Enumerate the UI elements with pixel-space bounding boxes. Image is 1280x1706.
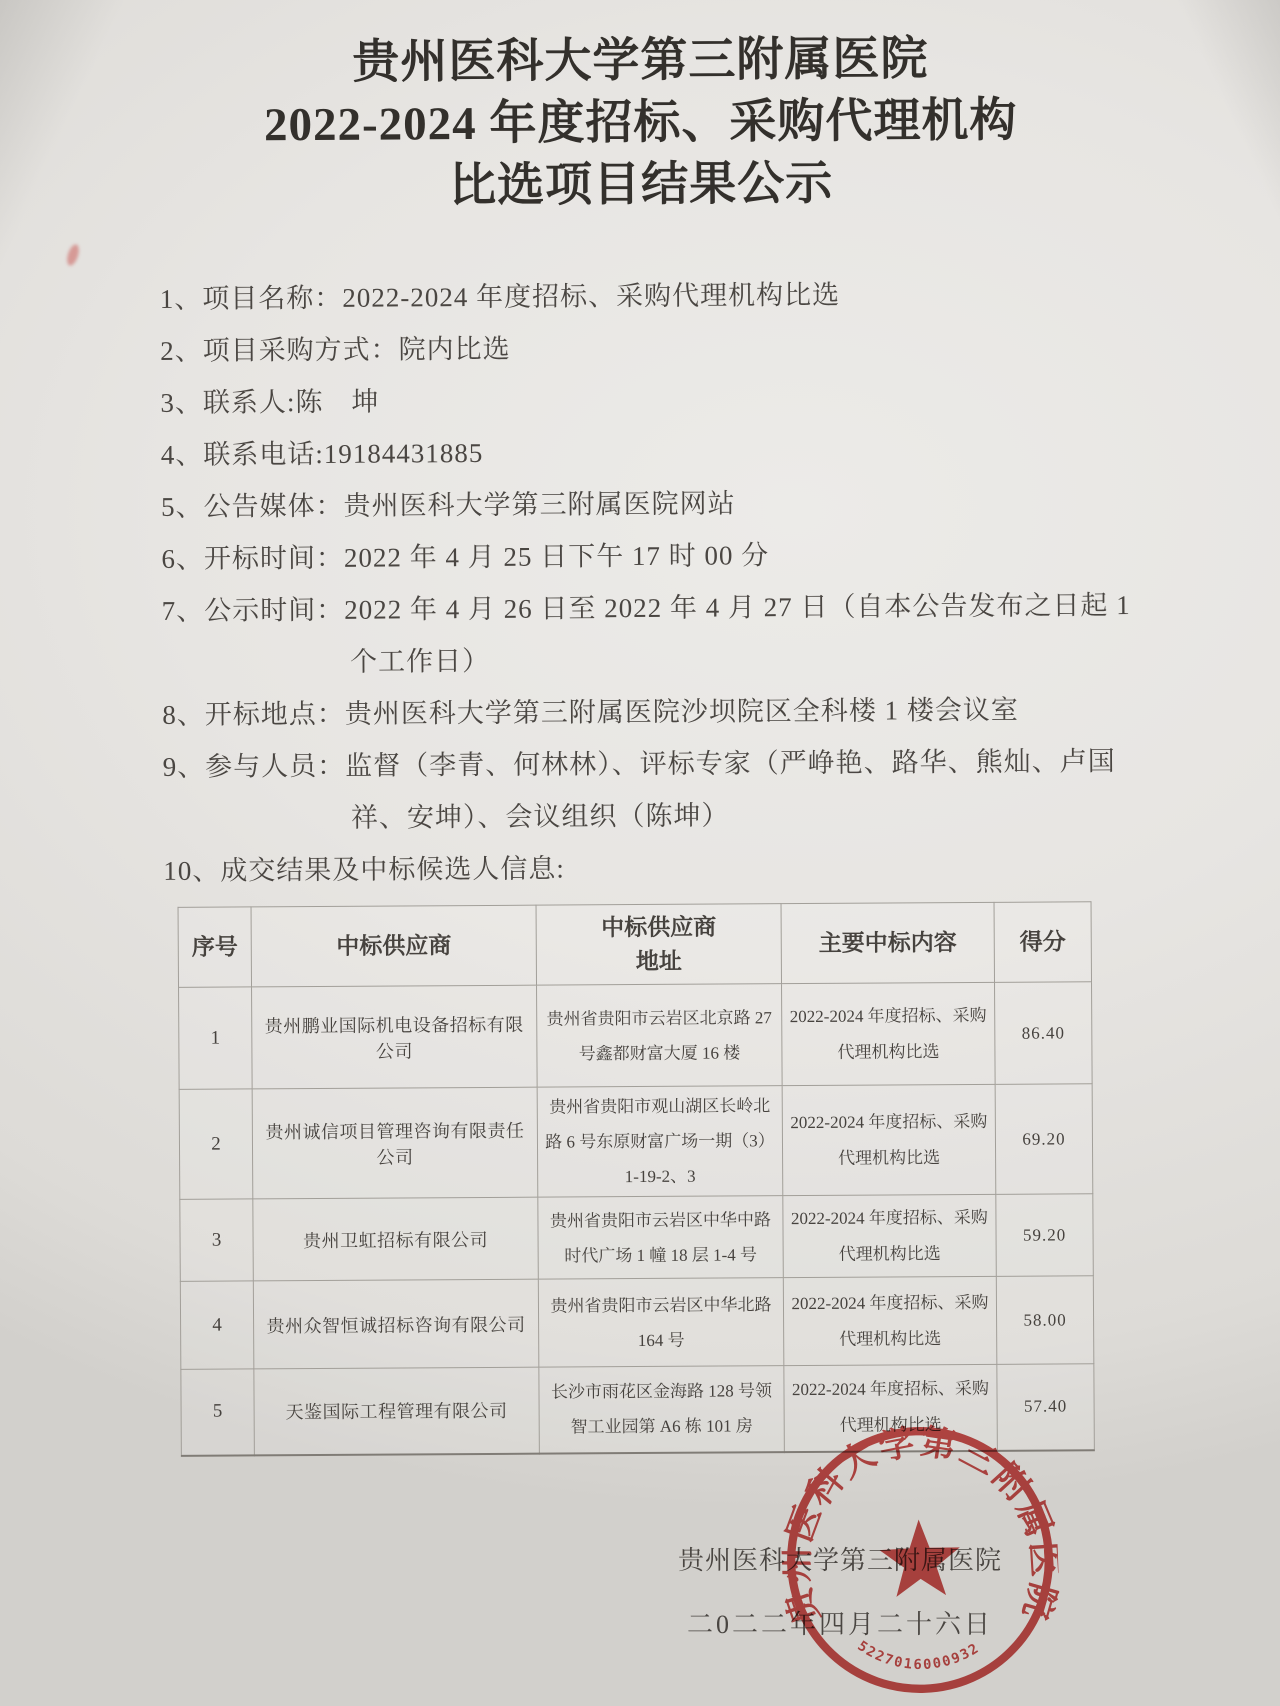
cell-content: 2022-2024 年度招标、采购代理机构比选 (782, 982, 996, 1085)
table-row: 3 贵州卫虹招标有限公司 贵州省贵阳市云岩区中华中路时代广场 1 幢 18 层 … (180, 1194, 1093, 1282)
cell-address: 贵州省贵阳市云岩区中华北路 164 号 (538, 1278, 784, 1367)
item-contact-person: 3、联系人:陈 坤 (160, 370, 1280, 429)
cell-supplier: 天鉴国际工程管理有限公司 (254, 1367, 540, 1455)
cell-score: 58.00 (996, 1276, 1094, 1365)
table-header-row: 序号 中标供应商 中标供应商 地址 主要中标内容 得分 (178, 902, 1091, 988)
col-header-content: 主要中标内容 (781, 902, 994, 983)
col-header-address-line1: 中标供应商 (541, 910, 777, 945)
document-content: 贵州医科大学第三附属医院 2022-2024 年度招标、采购代理机构 比选项目结… (0, 0, 1280, 1457)
announcement-items: 1、项目名称：2022-2024 年度招标、采购代理机构比选 2、项目采购方式：… (160, 266, 1280, 897)
seal-star-icon (878, 1518, 961, 1597)
col-header-score: 得分 (994, 902, 1091, 983)
cell-address: 贵州省贵阳市观山湖区长岭北路 6 号东原财富广场一期（3）1-19-2、3 (537, 1086, 783, 1197)
seal-number: 5227016000932 (854, 1634, 983, 1675)
title-line-2: 2022-2024 年度招标、采购代理机构 (1, 88, 1280, 158)
cell-score: 86.40 (995, 982, 1093, 1085)
cell-score: 69.20 (995, 1084, 1093, 1195)
official-seal-stamp-icon: 贵州医科大学第三附属医院 5227016000932 (777, 1417, 1062, 1702)
cell-content: 2022-2024 年度招标、采购代理机构比选 (783, 1276, 997, 1365)
item-bid-opening-time: 6、开标时间：2022 年 4 月 25 日下午 17 时 00 分 (161, 526, 1280, 585)
cell-supplier: 贵州诚信项目管理咨询有限责任公司 (252, 1087, 538, 1199)
cell-seq: 2 (179, 1089, 253, 1199)
scanned-document-page: 贵州医科大学第三附属医院 2022-2024 年度招标、采购代理机构 比选项目结… (0, 0, 1280, 1706)
title-line-1: 贵州医科大学第三附属医院 (0, 26, 1280, 96)
table-row: 4 贵州众智恒诚招标咨询有限公司 贵州省贵阳市云岩区中华北路 164 号 202… (180, 1276, 1094, 1370)
item-publicity-period: 7、公示时间：2022 年 4 月 26 日至 2022 年 4 月 27 日（… (162, 578, 1280, 637)
table-row: 2 贵州诚信项目管理咨询有限责任公司 贵州省贵阳市观山湖区长岭北路 6 号东原财… (179, 1084, 1093, 1200)
item-project-name: 1、项目名称：2022-2024 年度招标、采购代理机构比选 (160, 266, 1280, 325)
cell-address: 贵州省贵阳市云岩区北京路 27 号鑫都财富大厦 16 楼 (537, 984, 783, 1087)
cell-content: 2022-2024 年度招标、采购代理机构比选 (783, 1194, 996, 1277)
item-contact-phone: 4、联系电话:19184431885 (161, 422, 1280, 481)
cell-address: 长沙市雨花区金海路 128 号领智工业园第 A6 栋 101 房 (539, 1366, 785, 1453)
item-bid-opening-place: 8、开标地点：贵州医科大学第三附属医院沙坝院区全科楼 1 楼会议室 (162, 682, 1280, 741)
item-publicity-period-cont: 个工作日） (162, 630, 1280, 689)
cell-seq: 3 (180, 1199, 253, 1281)
item-announcement-media: 5、公告媒体：贵州医科大学第三附属医院网站 (161, 474, 1280, 533)
cell-seq: 4 (180, 1281, 254, 1369)
document-title: 贵州医科大学第三附属医院 2022-2024 年度招标、采购代理机构 比选项目结… (0, 0, 1280, 220)
item-participants-cont: 祥、安坤）、会议组织（陈坤） (163, 786, 1280, 845)
item-participants: 9、参与人员：监督（李青、何林林）、评标专家（严峥艳、路华、熊灿、卢国 (163, 734, 1280, 793)
cell-seq: 1 (179, 987, 253, 1089)
cell-supplier: 贵州鹏业国际机电设备招标有限公司 (252, 985, 538, 1089)
col-header-seq: 序号 (178, 907, 251, 987)
cell-supplier: 贵州众智恒诚招标咨询有限公司 (253, 1279, 539, 1369)
col-header-address-line2: 地址 (541, 944, 777, 979)
table-row: 1 贵州鹏业国际机电设备招标有限公司 贵州省贵阳市云岩区北京路 27 号鑫都财富… (179, 982, 1093, 1090)
col-header-address: 中标供应商 地址 (536, 904, 781, 985)
bid-results-table: 序号 中标供应商 中标供应商 地址 主要中标内容 得分 1 贵州鹏业国际机电设备… (178, 901, 1095, 1456)
item-procurement-method: 2、项目采购方式：院内比选 (160, 318, 1280, 377)
col-header-supplier: 中标供应商 (251, 905, 536, 987)
item-result-info: 10、成交结果及中标候选人信息: (163, 838, 1280, 897)
cell-supplier: 贵州卫虹招标有限公司 (253, 1197, 538, 1281)
svg-text:5227016000932: 5227016000932 (854, 1634, 983, 1675)
cell-score: 59.20 (996, 1194, 1093, 1277)
title-line-3: 比选项目结果公示 (1, 150, 1280, 220)
cell-seq: 5 (181, 1369, 255, 1455)
cell-content: 2022-2024 年度招标、采购代理机构比选 (782, 1084, 996, 1195)
cell-address: 贵州省贵阳市云岩区中华中路时代广场 1 幢 18 层 1-4 号 (538, 1196, 783, 1279)
